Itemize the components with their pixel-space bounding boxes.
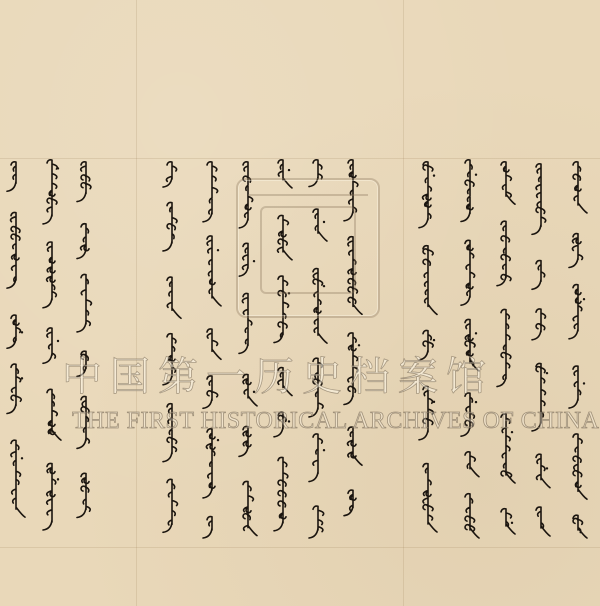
watermark-english: THE FIRST HISTORICAL ARCHIVES OF CHINA bbox=[72, 408, 552, 435]
fold-line-left bbox=[136, 0, 137, 606]
manuscript-page: 中国第一历史档案馆 THE FIRST HISTORICAL ARCHIVES … bbox=[0, 0, 600, 606]
archive-seal-icon bbox=[236, 178, 380, 318]
fold-line-right bbox=[403, 0, 404, 606]
fold-line-top bbox=[0, 158, 600, 159]
watermark-chinese: 中国第一历史档案馆 bbox=[62, 345, 542, 402]
script-column bbox=[3, 160, 29, 548]
fold-line-bottom bbox=[0, 547, 600, 548]
script-column bbox=[565, 160, 591, 540]
